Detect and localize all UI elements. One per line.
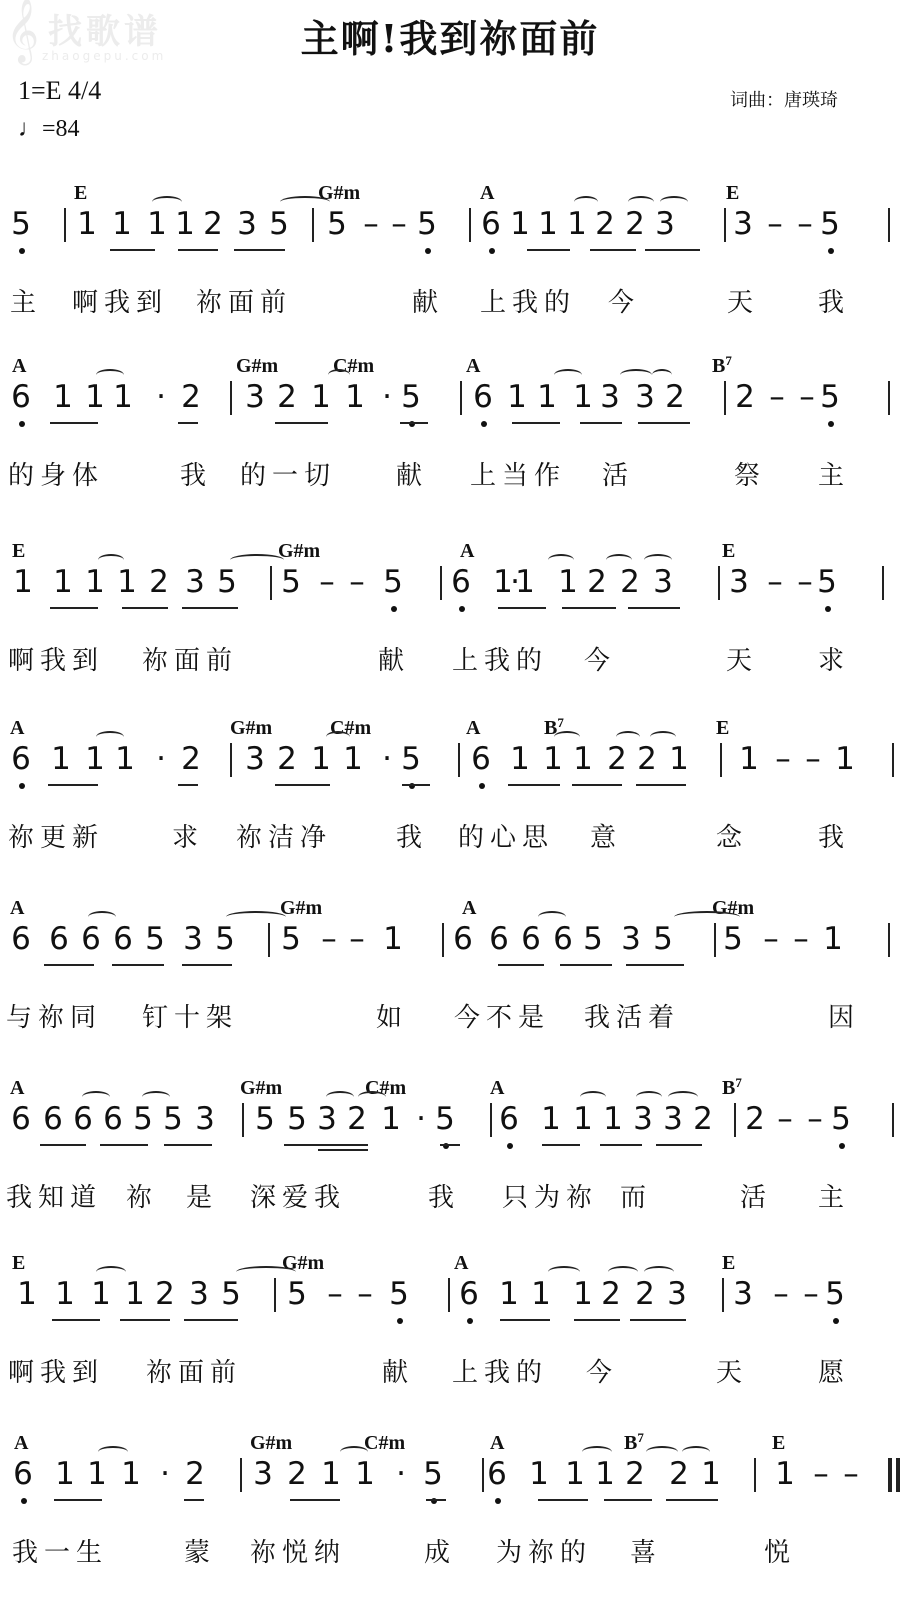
note: 5	[384, 1274, 414, 1314]
note-digit: 1	[383, 921, 403, 957]
note: 2	[590, 204, 620, 244]
note-digit: 1	[573, 379, 593, 415]
key-time-signature: 1=E 4/4	[18, 76, 101, 106]
dash-extension: –	[342, 919, 372, 959]
slur-arc	[326, 1091, 354, 1103]
note-digit: ·	[382, 379, 392, 415]
note: 5	[210, 919, 240, 959]
barline	[460, 381, 462, 415]
low-octave-dot-icon	[828, 421, 834, 427]
note-digit: 1	[573, 1101, 593, 1137]
note-digit: –	[805, 741, 821, 777]
note-digit: 3	[635, 379, 655, 415]
note-digit: 1	[55, 1456, 75, 1492]
note-digit: 1	[515, 564, 535, 600]
note: 1	[120, 1274, 150, 1314]
slur-arc	[548, 554, 574, 566]
note-digit: 1	[543, 741, 563, 777]
note-digit: 1	[321, 1456, 341, 1492]
barline	[490, 1103, 492, 1137]
note-digit: –	[807, 1101, 823, 1137]
low-octave-dot-icon	[833, 1318, 839, 1324]
note: 5	[282, 1099, 312, 1139]
lyric-text: 祢面前	[142, 640, 238, 677]
note-digit: 6	[81, 921, 101, 957]
duration-underline	[184, 1499, 204, 1501]
note-digit: 6	[553, 921, 573, 957]
barline	[734, 1103, 736, 1137]
note-digit: –	[767, 206, 783, 242]
note: 6	[6, 1099, 36, 1139]
chord-symbol: B7	[624, 1432, 644, 1455]
duration-underline	[178, 249, 218, 251]
barline	[469, 208, 471, 242]
note: 5	[648, 919, 678, 959]
note: 6	[484, 919, 514, 959]
note-digit: 6	[113, 921, 133, 957]
note-digit: 3	[621, 921, 641, 957]
lyric-text: 我	[818, 817, 850, 854]
slur-arc	[538, 911, 566, 923]
duration-underline	[48, 784, 98, 786]
note: 3	[312, 1099, 342, 1139]
note: 2	[176, 377, 206, 417]
duration-underline	[542, 1144, 580, 1146]
note: 3	[728, 1274, 758, 1314]
note: 6	[482, 1454, 512, 1494]
note: 1	[80, 562, 110, 602]
lyric-text: 而	[620, 1177, 652, 1214]
barline	[718, 566, 720, 600]
note-digit: ·	[382, 741, 392, 777]
dash-extension: –	[806, 1454, 836, 1494]
note: 1	[590, 1454, 620, 1494]
note: 1	[50, 1274, 80, 1314]
lyric-text: 的身体	[8, 455, 104, 492]
note-digit: 1	[603, 1101, 623, 1137]
note-digit: 6	[103, 1101, 123, 1137]
note-digit: 1	[381, 1101, 401, 1137]
note: 1	[110, 739, 140, 779]
duration-underline	[527, 249, 570, 251]
dash-extension: –	[760, 204, 790, 244]
lyric-text: 主	[10, 282, 42, 319]
note: 2	[582, 562, 612, 602]
note-digit: 1	[115, 741, 135, 777]
note: 6	[108, 919, 138, 959]
dash-extension: –	[836, 1454, 866, 1494]
low-octave-dot-icon	[507, 1143, 513, 1149]
note-digit: 1	[701, 1456, 721, 1492]
lyric-text: 今	[584, 640, 616, 677]
barline	[230, 381, 232, 415]
duration-underline	[638, 422, 690, 424]
note-digit: 3	[733, 1276, 753, 1312]
slur-arc	[98, 1446, 128, 1458]
chord-symbol: A	[462, 897, 476, 920]
note-digit: 1	[823, 921, 843, 957]
lyric-text: 祢洁净	[236, 817, 332, 854]
chord-symbol: A	[466, 355, 480, 378]
lyric-text: 蒙	[184, 1532, 216, 1569]
slur-arc	[674, 911, 740, 923]
note: 3	[724, 562, 754, 602]
note: 6	[494, 1099, 524, 1139]
note-digit: 2	[637, 741, 657, 777]
barline	[720, 743, 722, 777]
note: 5	[578, 919, 608, 959]
note-digit: 1	[510, 741, 530, 777]
note: 1	[338, 739, 368, 779]
note-digit: –	[327, 1276, 343, 1312]
note-digit: 3	[189, 1276, 209, 1312]
duration-underline	[275, 784, 330, 786]
note: 1	[112, 562, 142, 602]
note: 1	[80, 739, 110, 779]
chord-symbol: A	[466, 717, 480, 740]
barline	[722, 1278, 724, 1312]
note-digit: 1	[355, 1456, 375, 1492]
note-digit: 6	[11, 379, 31, 415]
dash-extension: –	[312, 562, 342, 602]
augmentation-dot: ·	[386, 1454, 416, 1494]
note: 6	[6, 739, 36, 779]
low-octave-dot-icon	[391, 606, 397, 612]
slur-arc	[574, 196, 598, 208]
slur-arc	[554, 731, 580, 743]
note-digit: 5	[820, 379, 840, 415]
note-digit: 2	[181, 741, 201, 777]
duration-underline	[580, 422, 622, 424]
note: 5	[396, 739, 426, 779]
note: 5	[250, 1099, 280, 1139]
note-digit: 5	[401, 379, 421, 415]
note-digit: 1	[51, 741, 71, 777]
note: 5	[412, 204, 442, 244]
note: 1	[568, 1099, 598, 1139]
slur-arc	[580, 1091, 606, 1103]
note-digit: 1	[669, 741, 689, 777]
note: 1	[734, 739, 764, 779]
note-digit: 6	[43, 1101, 63, 1137]
note: 5	[128, 1099, 158, 1139]
note: 6	[446, 562, 476, 602]
lyric-text: 献	[396, 455, 428, 492]
note-digit: 6	[13, 1456, 33, 1492]
note-digit: 5	[389, 1276, 409, 1312]
chord-symbol: E	[12, 1252, 25, 1275]
note-digit: 1	[541, 1101, 561, 1137]
note: 5	[216, 1274, 246, 1314]
lyric-text: 我	[180, 455, 212, 492]
note: 1	[830, 739, 860, 779]
lyric-text: 上我的	[452, 1352, 548, 1389]
note-line: 11112355––561·112233––5	[0, 562, 900, 632]
chord-symbol: G#m	[250, 1432, 292, 1455]
note: 3	[662, 1274, 692, 1314]
note-digit: 1	[53, 379, 73, 415]
slur-arc	[628, 196, 654, 208]
slur-arc	[646, 1446, 678, 1458]
note-digit: 2	[607, 741, 627, 777]
note: 1	[50, 1454, 80, 1494]
note: 1	[376, 1099, 406, 1139]
barline	[442, 923, 444, 957]
note-digit: 1	[345, 379, 365, 415]
note-digit: 1	[121, 1456, 141, 1492]
lyric-text: 的一切	[240, 455, 336, 492]
lyric-text: 天	[727, 282, 759, 319]
slur-arc	[280, 196, 330, 208]
note-line: 666655355321·561113322––5	[0, 1099, 900, 1169]
note: 1	[378, 919, 408, 959]
duration-underline	[512, 422, 560, 424]
note: 2	[630, 1274, 660, 1314]
barline	[724, 208, 726, 242]
chord-symbol: E	[722, 1252, 735, 1275]
note: 1	[170, 204, 200, 244]
note-line: 6111·23211·561113322––5	[0, 377, 900, 447]
note: 3	[190, 1099, 220, 1139]
duration-underline	[178, 422, 198, 424]
barline	[230, 743, 232, 777]
dash-extension: –	[786, 919, 816, 959]
augmentation-dot: ·	[150, 1454, 180, 1494]
chord-symbol: G#m	[230, 717, 272, 740]
composer-credit: 词曲：唐瑛琦	[730, 86, 838, 112]
note: 5	[718, 919, 748, 959]
note: 1	[306, 739, 336, 779]
barline	[714, 923, 716, 957]
note-digit: 1	[147, 206, 167, 242]
note-digit: 2	[601, 1276, 621, 1312]
chord-symbol: E	[716, 717, 729, 740]
note-digit: 2	[635, 1276, 655, 1312]
duration-underline	[426, 1499, 446, 1501]
duration-underline	[178, 784, 198, 786]
note: 2	[620, 204, 650, 244]
dash-extension: –	[768, 739, 798, 779]
note: 2	[664, 1454, 694, 1494]
note: 6	[68, 1099, 98, 1139]
note-digit: 1	[565, 1456, 585, 1492]
barline	[64, 208, 66, 242]
note-digit: 1	[595, 1456, 615, 1492]
lyric-text: 天	[716, 1352, 748, 1389]
dash-extension: –	[342, 562, 372, 602]
lyric-text: 我	[818, 282, 850, 319]
low-octave-dot-icon	[828, 248, 834, 254]
note: 1	[142, 204, 172, 244]
chord-symbol: A	[14, 1432, 28, 1455]
barline	[882, 566, 884, 600]
note-digit: –	[775, 741, 791, 777]
lyric-text: 愿	[818, 1352, 850, 1389]
slur-arc	[616, 731, 640, 743]
duration-underline	[666, 1499, 718, 1501]
chord-extension: 7	[637, 1430, 644, 1445]
lyric-text: 祢面前	[146, 1352, 242, 1389]
note: 5	[820, 1274, 850, 1314]
score-row: AG#mC#mAB7E6111·23211·561112211––1祢更新求祢洁…	[0, 717, 900, 887]
note-digit: 5	[221, 1276, 241, 1312]
note: 6	[8, 1454, 38, 1494]
duration-underline	[52, 1319, 100, 1321]
duration-underline	[182, 964, 232, 966]
note: 1	[48, 377, 78, 417]
note: 2	[176, 739, 206, 779]
lyric-text: 成	[424, 1532, 456, 1569]
duration-underline	[284, 1144, 368, 1146]
chord-extension: 7	[735, 1075, 742, 1090]
barline	[240, 1458, 242, 1492]
final-barline	[896, 1458, 900, 1492]
lyric-text: 我知道	[6, 1177, 102, 1214]
lyric-text: 求	[172, 817, 204, 854]
note: 5	[815, 204, 845, 244]
note-digit: 3	[667, 1276, 687, 1312]
note: 1	[526, 1274, 556, 1314]
note-digit: 5	[723, 921, 743, 957]
barline	[274, 1278, 276, 1312]
chord-symbol: G#m	[280, 897, 322, 920]
duration-underline	[572, 784, 622, 786]
note: 1	[350, 1454, 380, 1494]
duration-underline	[562, 607, 616, 609]
note: 1	[533, 204, 563, 244]
note-digit: 1	[835, 741, 855, 777]
note-digit: –	[391, 206, 407, 242]
note: 6	[466, 739, 496, 779]
lyric-text: 深爱我	[250, 1177, 346, 1214]
dash-extension: –	[384, 204, 414, 244]
duration-underline	[500, 1319, 550, 1321]
note: 5	[322, 204, 352, 244]
slur-arc	[328, 369, 350, 381]
lyric-text: 祢更新	[8, 817, 104, 854]
duration-underline	[50, 422, 98, 424]
duration-underline	[498, 607, 546, 609]
note-digit: 6	[473, 379, 493, 415]
note: 2	[272, 377, 302, 417]
barline	[312, 208, 314, 242]
note: 2	[342, 1099, 372, 1139]
duration-underline	[560, 964, 612, 966]
lyric-text: 啊我到	[8, 640, 104, 677]
note-digit: 1	[499, 1276, 519, 1312]
note: 6	[548, 919, 578, 959]
lyric-text: 祢面前	[196, 282, 292, 319]
note-digit: 5	[133, 1101, 153, 1137]
barline	[888, 208, 890, 242]
score-row: EG#mAE11112355––561112233––5啊我到祢面前献上我的今天…	[0, 1252, 900, 1422]
note: 1	[568, 739, 598, 779]
note-digit: –	[803, 1276, 819, 1312]
low-octave-dot-icon	[479, 783, 485, 789]
lyric-text: 啊我到	[72, 282, 168, 319]
duration-underline	[50, 607, 98, 609]
note-digit: 5	[417, 206, 437, 242]
slur-arc	[650, 731, 676, 743]
note-digit: 1	[529, 1456, 549, 1492]
chord-symbol: E	[74, 182, 87, 205]
chord-symbol: A	[490, 1077, 504, 1100]
barline	[888, 923, 890, 957]
note: 6	[468, 377, 498, 417]
note-digit: 1	[55, 1276, 75, 1312]
note-digit: 3	[245, 741, 265, 777]
duration-underline	[645, 249, 700, 251]
lyric-text: 献	[412, 282, 444, 319]
note-digit: 2	[735, 379, 755, 415]
note: 2	[632, 739, 662, 779]
note: 2	[144, 562, 174, 602]
note-digit: –	[777, 1101, 793, 1137]
chord-symbol: E	[12, 540, 25, 563]
note-digit: 6	[11, 1101, 31, 1137]
note-digit: 3	[237, 206, 257, 242]
duration-underline	[120, 1319, 170, 1321]
note-digit: –	[813, 1456, 829, 1492]
low-octave-dot-icon	[481, 421, 487, 427]
note-digit: 2	[587, 564, 607, 600]
note-digit: –	[843, 1456, 859, 1492]
note: 1	[568, 1274, 598, 1314]
duration-underline	[574, 1319, 620, 1321]
slur-arc	[644, 554, 672, 566]
lyric-text: 上我的	[452, 640, 548, 677]
low-octave-dot-icon	[19, 248, 25, 254]
lyric-text: 只为祢	[502, 1177, 598, 1214]
lyric-text: 活	[602, 455, 634, 492]
lyric-text: 祢	[126, 1177, 158, 1214]
note-digit: 2	[277, 741, 297, 777]
chord-symbol: A	[10, 717, 24, 740]
note: 1	[560, 1454, 590, 1494]
note: 3	[650, 204, 680, 244]
slur-arc	[152, 196, 182, 208]
note-digit: 6	[11, 921, 31, 957]
lyric-text: 祢悦纳	[250, 1532, 346, 1569]
note-digit: 1	[538, 206, 558, 242]
note: 3	[180, 562, 210, 602]
note-digit: 2	[625, 1456, 645, 1492]
note-digit: 1	[13, 564, 33, 600]
note-digit: 5	[383, 564, 403, 600]
note: 6	[454, 1274, 484, 1314]
note-digit: –	[357, 1276, 373, 1312]
slur-arc	[608, 1266, 638, 1278]
note-digit: 1	[558, 564, 578, 600]
note-digit: 6	[521, 921, 541, 957]
barline	[888, 381, 890, 415]
note-digit: 2	[277, 379, 297, 415]
note-digit: 5	[281, 564, 301, 600]
low-octave-dot-icon	[459, 606, 465, 612]
note-digit: ·	[396, 1456, 406, 1492]
note-digit: 1	[311, 741, 331, 777]
note-digit: 6	[451, 564, 471, 600]
note-digit: 6	[481, 206, 501, 242]
lyric-text: 求	[818, 640, 850, 677]
note: 1	[108, 377, 138, 417]
note: 1	[536, 1099, 566, 1139]
slur-arc	[82, 1091, 110, 1103]
duration-underline	[44, 964, 94, 966]
duration-underline	[40, 1144, 86, 1146]
note: 3	[630, 377, 660, 417]
duration-underline	[626, 964, 684, 966]
